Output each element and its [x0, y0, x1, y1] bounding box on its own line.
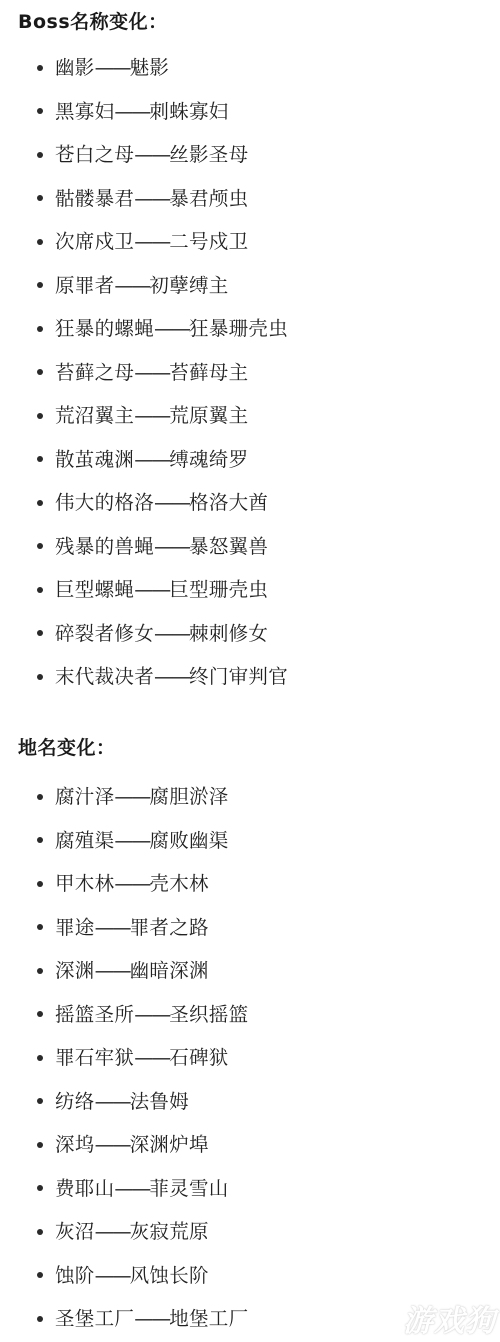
dash-separator: ——: [114, 775, 149, 819]
new-name: 腐胆淤泽: [149, 785, 228, 808]
old-name: 碎裂者修女: [55, 622, 154, 645]
dash-separator: ——: [134, 1036, 169, 1080]
list-item: 蚀阶——风蚀长阶: [0, 1254, 500, 1298]
bullet-icon: [37, 152, 43, 158]
new-name: 二号戍卫: [169, 230, 248, 253]
list-item: 散茧魂渊——缚魂绮罗: [0, 438, 500, 482]
list-item: 残暴的兽蝇——暴怒翼兽: [0, 525, 500, 569]
bullet-icon: [37, 413, 43, 419]
new-name: 灰寂荒原: [130, 1220, 209, 1243]
dash-separator: ——: [154, 481, 189, 525]
old-name: 次席戍卫: [55, 230, 134, 253]
new-name: 初孽缚主: [149, 274, 228, 297]
new-name: 风蚀长阶: [130, 1264, 209, 1287]
bullet-icon: [37, 1316, 43, 1322]
new-name: 暴君颅虫: [169, 187, 248, 210]
list-item: 次席戍卫——二号戍卫: [0, 220, 500, 264]
new-name: 丝影圣母: [169, 143, 248, 166]
dash-separator: ——: [134, 133, 169, 177]
old-name: 残暴的兽蝇: [55, 535, 154, 558]
dash-separator: ——: [114, 90, 149, 134]
bullet-icon: [37, 968, 43, 974]
old-name: 伟大的格洛: [55, 491, 154, 514]
new-name: 石碑狱: [169, 1046, 228, 1069]
list-item: 甲木林——壳木林: [0, 862, 500, 906]
bullet-icon: [37, 456, 43, 462]
dash-separator: ——: [95, 46, 130, 90]
old-name: 蚀阶: [55, 1264, 95, 1287]
new-name: 罪者之路: [130, 916, 209, 939]
bullet-icon: [37, 881, 43, 887]
bullet-icon: [37, 1011, 43, 1017]
old-name: 深渊: [55, 959, 95, 982]
new-name: 终门审判官: [189, 665, 288, 688]
dash-separator: ——: [95, 1123, 130, 1167]
dash-separator: ——: [134, 177, 169, 221]
list-item: 骷髅暴君——暴君颅虫: [0, 177, 500, 221]
dash-separator: ——: [95, 1210, 130, 1254]
list-item: 伟大的格洛——格洛大酋: [0, 481, 500, 525]
dash-separator: ——: [114, 1167, 149, 1211]
old-name: 狂暴的螺蝇: [55, 317, 154, 340]
new-name: 法鲁姆: [130, 1090, 189, 1113]
old-name: 灰沼: [55, 1220, 95, 1243]
old-name: 末代裁决者: [55, 665, 154, 688]
bullet-icon: [37, 543, 43, 549]
old-name: 腐汁泽: [55, 785, 114, 808]
dash-separator: ——: [134, 993, 169, 1037]
old-name: 纺络: [55, 1090, 95, 1113]
old-name: 摇篮圣所: [55, 1003, 134, 1026]
old-name: 散茧魂渊: [55, 448, 134, 471]
list-item: 幽影——魅影: [0, 46, 500, 90]
new-name: 巨型珊壳虫: [169, 578, 268, 601]
dash-separator: ——: [95, 1254, 130, 1298]
new-name: 地堡工厂: [169, 1307, 248, 1330]
dash-separator: ——: [154, 655, 189, 699]
dash-separator: ——: [95, 949, 130, 993]
bullet-icon: [37, 1142, 43, 1148]
old-name: 圣堡工厂: [55, 1307, 134, 1330]
list-item: 荒沼翼主——荒原翼主: [0, 394, 500, 438]
list-item: 纺络——法鲁姆: [0, 1080, 500, 1124]
dash-separator: ——: [134, 351, 169, 395]
list-item: 腐汁泽——腐胆淤泽: [0, 775, 500, 819]
list-item: 苔藓之母——苔藓母主: [0, 351, 500, 395]
old-name: 幽影: [55, 56, 95, 79]
dash-separator: ——: [95, 1080, 130, 1124]
dash-separator: ——: [154, 525, 189, 569]
bullet-icon: [37, 587, 43, 593]
dash-separator: ——: [154, 307, 189, 351]
section-title-boss: Boss名称变化：: [18, 10, 168, 34]
old-name: 苍白之母: [55, 143, 134, 166]
dash-separator: ——: [134, 1297, 169, 1341]
list-item: 摇篮圣所——圣织摇篮: [0, 993, 500, 1037]
new-name: 深渊炉埠: [130, 1133, 209, 1156]
old-name: 罪途: [55, 916, 95, 939]
new-name: 暴怒翼兽: [189, 535, 268, 558]
list-item: 碎裂者修女——棘刺修女: [0, 612, 500, 656]
dash-separator: ——: [134, 394, 169, 438]
new-name: 刺蛛寡妇: [149, 100, 228, 123]
list-item: 深渊——幽暗深渊: [0, 949, 500, 993]
bullet-icon: [37, 837, 43, 843]
bullet-icon: [37, 1055, 43, 1061]
bullet-icon: [37, 674, 43, 680]
old-name: 骷髅暴君: [55, 187, 134, 210]
boss-name-list: 幽影——魅影 黑寡妇——刺蛛寡妇 苍白之母——丝影圣母 骷髅暴君——暴君颅虫 次…: [0, 46, 500, 699]
old-name: 费耶山: [55, 1177, 114, 1200]
list-item: 腐殖渠——腐败幽渠: [0, 819, 500, 863]
bullet-icon: [37, 65, 43, 71]
new-name: 棘刺修女: [189, 622, 268, 645]
old-name: 原罪者: [55, 274, 114, 297]
bullet-icon: [37, 282, 43, 288]
dash-separator: ——: [134, 438, 169, 482]
old-name: 腐殖渠: [55, 829, 114, 852]
list-item: 末代裁决者——终门审判官: [0, 655, 500, 699]
new-name: 幽暗深渊: [130, 959, 209, 982]
list-item: 灰沼——灰寂荒原: [0, 1210, 500, 1254]
bullet-icon: [37, 326, 43, 332]
list-item: 费耶山——菲灵雪山: [0, 1167, 500, 1211]
bullet-icon: [37, 1229, 43, 1235]
new-name: 菲灵雪山: [149, 1177, 228, 1200]
bullet-icon: [37, 1272, 43, 1278]
dash-separator: ——: [134, 568, 169, 612]
bullet-icon: [37, 195, 43, 201]
old-name: 苔藓之母: [55, 361, 134, 384]
new-name: 壳木林: [149, 872, 208, 895]
bullet-icon: [37, 369, 43, 375]
list-item: 狂暴的螺蝇——狂暴珊壳虫: [0, 307, 500, 351]
bullet-icon: [37, 1185, 43, 1191]
list-item: 苍白之母——丝影圣母: [0, 133, 500, 177]
list-item: 罪石牢狱——石碑狱: [0, 1036, 500, 1080]
dash-separator: ——: [134, 220, 169, 264]
bullet-icon: [37, 1098, 43, 1104]
old-name: 荒沼翼主: [55, 404, 134, 427]
new-name: 圣织摇篮: [169, 1003, 248, 1026]
old-name: 黑寡妇: [55, 100, 114, 123]
new-name: 魅影: [130, 56, 170, 79]
bullet-icon: [37, 500, 43, 506]
section-title-places: 地名变化：: [18, 736, 116, 760]
bullet-icon: [37, 108, 43, 114]
dash-separator: ——: [114, 819, 149, 863]
dash-separator: ——: [154, 612, 189, 656]
new-name: 苔藓母主: [169, 361, 248, 384]
dash-separator: ——: [114, 264, 149, 308]
new-name: 格洛大酋: [189, 491, 268, 514]
new-name: 荒原翼主: [169, 404, 248, 427]
bullet-icon: [37, 794, 43, 800]
site-watermark: 游戏狗: [403, 1296, 496, 1340]
new-name: 缚魂绮罗: [169, 448, 248, 471]
bullet-icon: [37, 630, 43, 636]
list-item: 黑寡妇——刺蛛寡妇: [0, 90, 500, 134]
list-item: 巨型螺蝇——巨型珊壳虫: [0, 568, 500, 612]
new-name: 腐败幽渠: [149, 829, 228, 852]
bullet-icon: [37, 924, 43, 930]
old-name: 罪石牢狱: [55, 1046, 134, 1069]
bullet-icon: [37, 239, 43, 245]
new-name: 狂暴珊壳虫: [189, 317, 288, 340]
list-item: 罪途——罪者之路: [0, 906, 500, 950]
dash-separator: ——: [95, 906, 130, 950]
place-name-list: 腐汁泽——腐胆淤泽 腐殖渠——腐败幽渠 甲木林——壳木林 罪途——罪者之路 深渊…: [0, 775, 500, 1341]
list-item: 原罪者——初孽缚主: [0, 264, 500, 308]
old-name: 深坞: [55, 1133, 95, 1156]
dash-separator: ——: [114, 862, 149, 906]
list-item: 深坞——深渊炉埠: [0, 1123, 500, 1167]
old-name: 甲木林: [55, 872, 114, 895]
old-name: 巨型螺蝇: [55, 578, 134, 601]
